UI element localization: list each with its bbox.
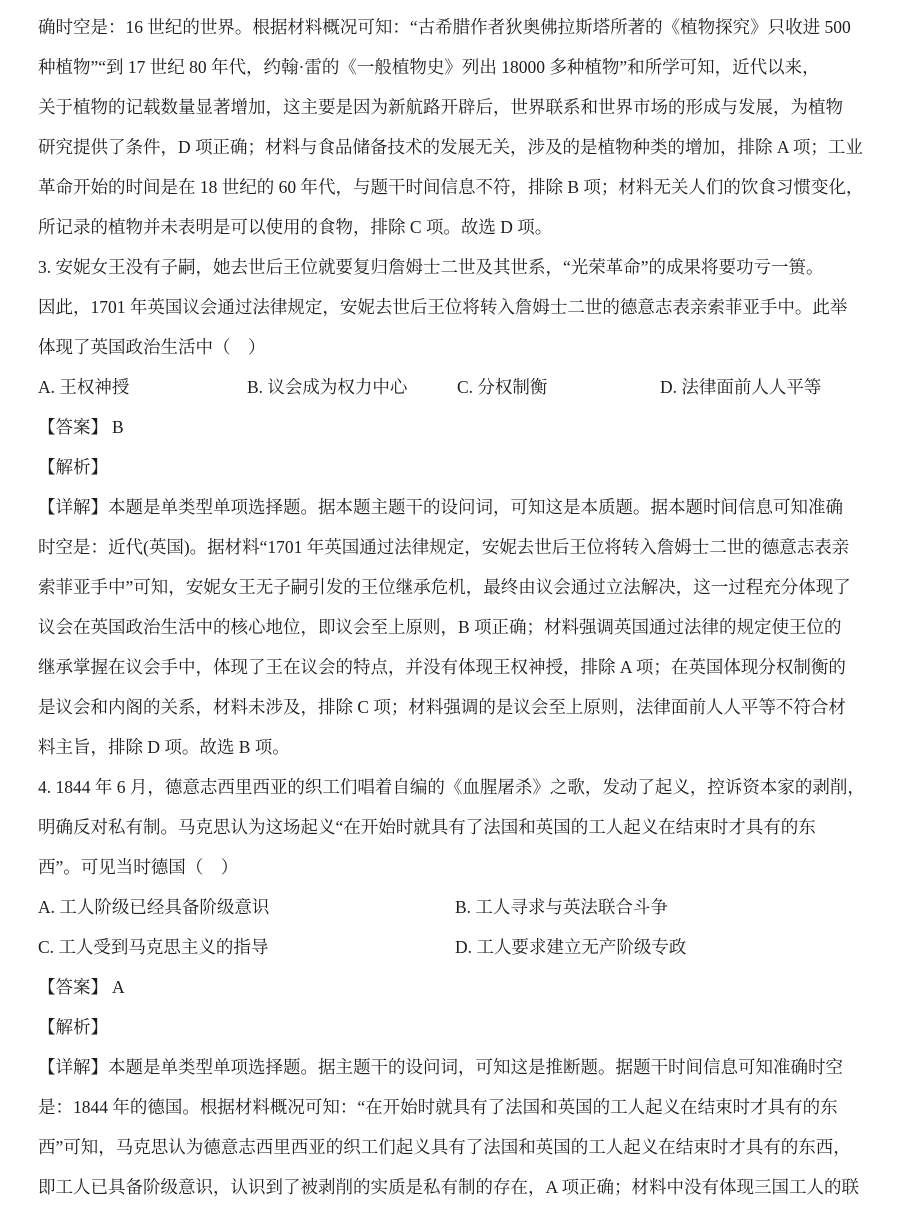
q3-option-c: C. 分权制衡 <box>457 367 547 407</box>
q4-answer-label: 【答案】 <box>38 977 108 997</box>
q4-detail-explanation: 【详解】本题是单类型单项选择题。据主题干的设问词，可知这是推断题。据题干时间信息… <box>38 1047 874 1207</box>
q3-option-d: D. 法律面前人人平等 <box>660 367 821 407</box>
text-line: 4. 1844 年 6 月，德意志西里西亚的织工们唱着自编的《血腥屠杀》之歌，发… <box>38 767 874 807</box>
text-line: 关于植物的记载数量显著增加，这主要是因为新航路开辟后，世界联系和世界市场的形成与… <box>38 87 874 127</box>
text-line: 即工人已具备阶级意识，认识到了被剥削的实质是私有制的存在，A 项正确；材料中没有… <box>38 1167 874 1207</box>
q4-option-b: B. 工人寻求与英法联合斗争 <box>455 887 668 927</box>
previous-question-explanation: 确时空是：16 世纪的世界。根据材料概况可知：“古希腊作者狄奥佛拉斯塔所著的《植… <box>38 7 874 247</box>
text-line: 研究提供了条件，D 项正确；材料与食品储备技术的发展无关，涉及的是植物种类的增加… <box>38 127 874 167</box>
document-page: { "page": { "background": "#ffffff", "te… <box>0 0 900 1227</box>
q3-answer-label: 【答案】 <box>38 417 108 437</box>
q3-answer-value: B <box>112 417 124 437</box>
text-line: 体现了英国政治生活中（ ） <box>38 327 874 367</box>
q3-analysis-label: 【解析】 <box>38 447 874 487</box>
text-line: 料主旨，排除 D 项。故选 B 项。 <box>38 727 874 767</box>
exam-answer-document: 确时空是：16 世纪的世界。根据材料概况可知：“古希腊作者狄奥佛拉斯塔所著的《植… <box>0 0 900 1207</box>
q4-option-a: A. 工人阶级已经具备阶级意识 <box>38 887 269 927</box>
text-line: 所记录的植物并未表明是可以使用的食物，排除 C 项。故选 D 项。 <box>38 207 874 247</box>
text-line: 是：1844 年的德国。根据材料概况可知：“在开始时就具有了法国和英国的工人起义… <box>38 1087 874 1127</box>
text-line: 3. 安妮女王没有子嗣，她去世后王位就要复归詹姆士二世及其世系，“光荣革命”的成… <box>38 247 874 287</box>
text-line: 议会在英国政治生活中的核心地位，即议会至上原则，B 项正确；材料强调英国通过法律… <box>38 607 874 647</box>
question-3-options: A. 王权神授 B. 议会成为权力中心 C. 分权制衡 D. 法律面前人人平等 <box>38 367 874 407</box>
q3-answer-line: 【答案】B <box>38 407 874 447</box>
text-line: 【详解】本题是单类型单项选择题。据本题主题干的设问词，可知这是本质题。据本题时间… <box>38 487 874 527</box>
text-line: 明确反对私有制。马克思认为这场起义“在开始时就具有了法国和英国的工人起义在结束时… <box>38 807 874 847</box>
question-4-stem: 4. 1844 年 6 月，德意志西里西亚的织工们唱着自编的《血腥屠杀》之歌，发… <box>38 767 874 887</box>
text-line: 是议会和内阁的关系，材料未涉及，排除 C 项；材料强调的是议会至上原则，法律面前… <box>38 687 874 727</box>
q4-option-d: D. 工人要求建立无产阶级专政 <box>455 927 686 967</box>
q4-analysis-label: 【解析】 <box>38 1007 874 1047</box>
text-line: 西”。可见当时德国（ ） <box>38 847 874 887</box>
text-line: 【详解】本题是单类型单项选择题。据主题干的设问词，可知这是推断题。据题干时间信息… <box>38 1047 874 1087</box>
question-4-options-row-1: A. 工人阶级已经具备阶级意识 B. 工人寻求与英法联合斗争 <box>38 887 874 927</box>
question-3-stem: 3. 安妮女王没有子嗣，她去世后王位就要复归詹姆士二世及其世系，“光荣革命”的成… <box>38 247 874 367</box>
text-line: 时空是：近代(英国)。据材料“1701 年英国通过法律规定，安妮去世后王位将转入… <box>38 527 874 567</box>
text-line: 革命开始的时间是在 18 世纪的 60 年代，与题干时间信息不符，排除 B 项；… <box>38 167 874 207</box>
text-line: 西”可知，马克思认为德意志西里西亚的织工们起义具有了法国和英国的工人起义在结束时… <box>38 1127 874 1167</box>
q3-option-b: B. 议会成为权力中心 <box>247 367 407 407</box>
text-line: 索菲亚手中”可知，安妮女王无子嗣引发的王位继承危机，最终由议会通过立法解决，这一… <box>38 567 874 607</box>
q4-answer-value: A <box>112 977 125 997</box>
text-line: 因此，1701 年英国议会通过法律规定，安妮去世后王位将转入詹姆士二世的德意志表… <box>38 287 874 327</box>
text-line: 继承掌握在议会手中，体现了王在议会的特点，并没有体现王权神授，排除 A 项；在英… <box>38 647 874 687</box>
question-4-options-row-2: C. 工人受到马克思主义的指导 D. 工人要求建立无产阶级专政 <box>38 927 874 967</box>
text-line: 种植物”“到 17 世纪 80 年代，约翰·雷的《一般植物史》列出 18000 … <box>38 47 874 87</box>
q4-option-c: C. 工人受到马克思主义的指导 <box>38 927 268 967</box>
q3-option-a: A. 王权神授 <box>38 367 129 407</box>
q4-answer-line: 【答案】A <box>38 967 874 1007</box>
q3-detail-explanation: 【详解】本题是单类型单项选择题。据本题主题干的设问词，可知这是本质题。据本题时间… <box>38 487 874 767</box>
text-line: 确时空是：16 世纪的世界。根据材料概况可知：“古希腊作者狄奥佛拉斯塔所著的《植… <box>38 7 874 47</box>
